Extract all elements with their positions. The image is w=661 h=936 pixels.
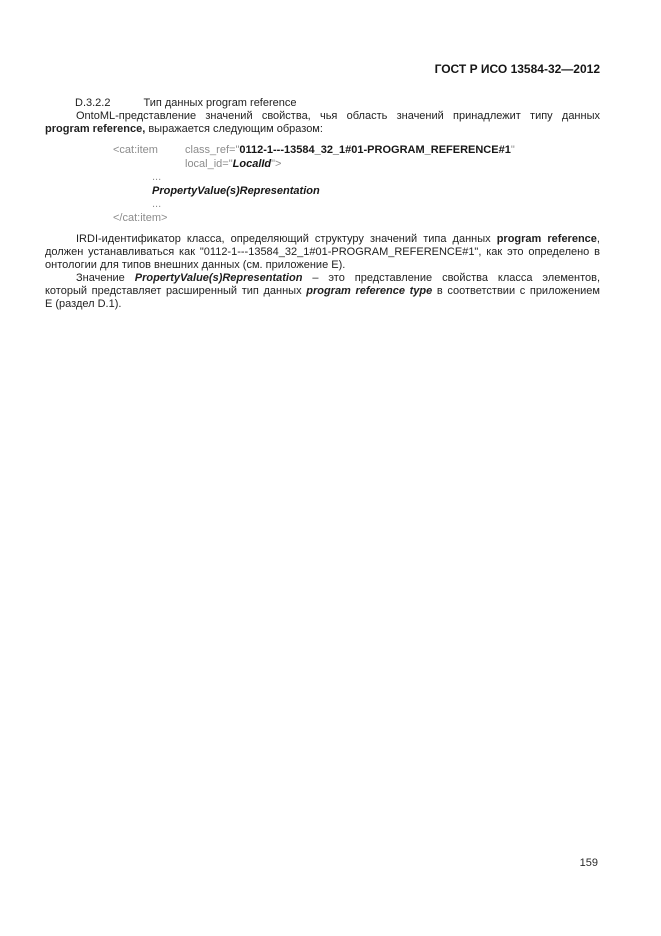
- text-line: program reference, выражается следующим …: [45, 123, 600, 136]
- text-line: Значение PropertyValue(s)Representation …: [45, 272, 600, 285]
- code-line: ...: [45, 171, 600, 185]
- xml-open-tag: <cat:item: [113, 144, 185, 158]
- section-title: Тип данных program reference: [143, 97, 296, 109]
- bold-run: program reference,: [45, 123, 145, 135]
- code-line: PropertyValue(s)Representation: [45, 185, 600, 199]
- page-number: 159: [580, 857, 598, 870]
- text-line: должен устанавливаться как "0112-1---135…: [45, 246, 600, 259]
- text-line: который представляет расширенный тип дан…: [45, 285, 600, 298]
- text-run: OntoML-представление значений свойства, …: [76, 110, 600, 122]
- text-run: онтологии для типов внешних данных (см. …: [45, 259, 345, 271]
- attr-value-localid: LocalId: [233, 158, 272, 170]
- code-line: local_id="LocalId">: [45, 158, 600, 172]
- text-run: должен устанавливаться как "0112-1---135…: [45, 246, 600, 258]
- running-header: ГОСТ Р ИСО 13584-32—2012: [45, 62, 600, 76]
- text-line: IRDI-идентификатор класса, определяющий …: [45, 233, 600, 246]
- text-line: OntoML-представление значений свойства, …: [45, 110, 600, 123]
- text-run: – это представление свойства класса элем…: [302, 272, 600, 284]
- paragraph-ontoml: OntoML-представление значений свойства, …: [45, 110, 600, 136]
- xml-code-block: <cat:itemclass_ref="0112-1---13584_32_1#…: [45, 144, 600, 225]
- attr-label: class_ref=": [185, 144, 239, 156]
- section-heading: D.3.2.2Тип данных program reference: [45, 97, 600, 110]
- text-run: Е (раздел D.1).: [45, 298, 121, 310]
- text-run: ,: [597, 233, 600, 245]
- code-line: <cat:itemclass_ref="0112-1---13584_32_1#…: [45, 144, 600, 158]
- attr-label: local_id=": [185, 158, 233, 170]
- attr-quote: ">: [271, 158, 281, 170]
- bold-run: program reference: [497, 233, 597, 245]
- text-run: в соответствии с приложением: [432, 285, 600, 297]
- section-number: D.3.2.2: [75, 97, 110, 110]
- bold-italic-run: PropertyValue(s)Representation: [135, 272, 303, 284]
- xml-close-tag: </cat:item>: [113, 212, 167, 224]
- text-line: онтологии для типов внешних данных (см. …: [45, 259, 600, 272]
- ellipsis: ...: [152, 171, 161, 183]
- code-line: </cat:item>: [45, 212, 600, 226]
- document-page: ГОСТ Р ИСО 13584-32—2012 D.3.2.2Тип данн…: [0, 0, 661, 936]
- code-placeholder: PropertyValue(s)Representation: [152, 185, 320, 197]
- page-content: D.3.2.2Тип данных program reference Onto…: [45, 97, 600, 311]
- text-run: который представляет расширенный тип дан…: [45, 285, 306, 297]
- text-run: выражается следующим образом:: [145, 123, 323, 135]
- bold-italic-run: program reference type: [306, 285, 432, 297]
- doc-number: ГОСТ Р ИСО 13584-32—2012: [435, 62, 600, 76]
- paragraph-irdi: IRDI-идентификатор класса, определяющий …: [45, 233, 600, 272]
- text-line: Е (раздел D.1).: [45, 298, 600, 311]
- text-run: Значение: [76, 272, 135, 284]
- ellipsis: ...: [152, 198, 161, 210]
- code-line: ...: [45, 198, 600, 212]
- attr-quote: ": [511, 144, 515, 156]
- paragraph-value: Значение PropertyValue(s)Representation …: [45, 272, 600, 311]
- attr-value-irdi: 0112-1---13584_32_1#01-PROGRAM_REFERENCE…: [239, 144, 510, 156]
- text-run: IRDI-идентификатор класса, определяющий …: [76, 233, 497, 245]
